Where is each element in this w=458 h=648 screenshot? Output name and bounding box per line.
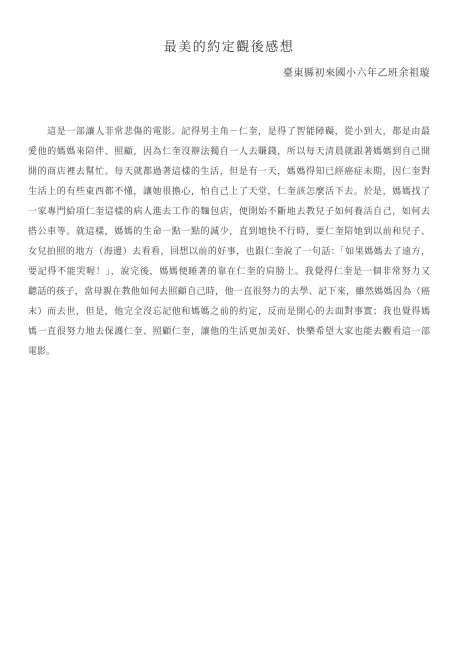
essay-line: 要記得不能哭喔！」，說完後，媽媽便睡著的靠在仁奎的肩膀上。我覺得仁奎是一個非常努… — [28, 261, 430, 281]
document-title: 最美的約定觀後感想 — [0, 36, 458, 55]
document-page: 最美的約定觀後感想 臺東縣初來國小六年乙班余祖璇 這是一部讓人非常悲傷的電影。記… — [0, 0, 458, 648]
essay-line: 女兒拍照的地方（海邊）去看看，回想以前的好事，也跟仁奎說了一句話：「如果媽媽去了… — [28, 241, 430, 261]
byline: 臺東縣初來國小六年乙班余祖璇 — [0, 64, 458, 79]
essay-line: 媽一直很努力地去保護仁奎、照顧仁奎，讓他的生活更加美好、快樂希望大家也能去觀看這… — [28, 321, 430, 341]
essay-line: 聽話的孩子，當母親在教他如何去照顧自己時，他一直很努力的去學、記下來，雖然媽媽因… — [28, 281, 430, 301]
essay-body: 這是一部讓人非常悲傷的電影。記得男主角－仁奎，是得了智能障礙，從小到大，都是由最… — [0, 121, 458, 361]
essay-line: 一家專門給項仁奎這樣的病人進去工作的麵包店，便開始不斷地去教兒子如何養活自己，如… — [28, 201, 430, 221]
essay-line: 生活上的有些東西都不懂，讓她很擔心，怕自己上了天堂，仁奎該怎麼活下去。於是，媽媽… — [28, 181, 430, 201]
essay-line: 末）而去世，但是，他完全沒忘記他和媽媽之前的約定，反而是開心的去面對事實；我也覺… — [28, 301, 430, 321]
essay-line: 這是一部讓人非常悲傷的電影。記得男主角－仁奎，是得了智能障礙，從小到大，都是由最 — [28, 121, 430, 141]
essay-line: 電影。 — [28, 341, 430, 361]
essay-line: 開的商店裡去幫忙。每天就都過著這樣的生活，但是有一天，媽媽得知已經癌症末期，因仁… — [28, 161, 430, 181]
essay-line: 搭公車等。就這樣，媽媽的生命一點一點的減少，直到她快不行時，要仁奎陪她到以前和兒… — [28, 221, 430, 241]
essay-line: 愛他的媽媽來陪伴、照顧，因為仁奎沒辦法獨自一人去賺錢，所以每天清晨就跟著媽媽到自… — [28, 141, 430, 161]
